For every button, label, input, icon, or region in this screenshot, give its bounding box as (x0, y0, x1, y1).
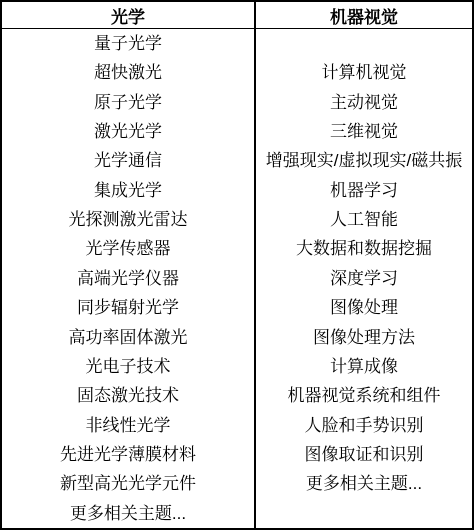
list-item: 三维视觉 (330, 117, 398, 146)
list-item: 计算机视觉 (322, 58, 407, 87)
list-item: 图像取证和识别 (305, 440, 424, 469)
list-item: 光学传感器 (86, 234, 171, 263)
list-item: 量子光学 (94, 29, 162, 58)
list-item: 集成光学 (94, 176, 162, 205)
column-header-optics: 光学 (2, 2, 256, 28)
list-item: 固态激光技术 (77, 381, 179, 410)
list-item: 人脸和手势识别 (305, 411, 424, 440)
list-item: 高功率固体激光 (69, 323, 188, 352)
list-item: 光探测激光雷达 (69, 205, 188, 234)
list-item: 更多相关主题... (306, 469, 422, 498)
list-item: 高端光学仪器 (77, 264, 179, 293)
list-item: 更多相关主题... (70, 499, 186, 528)
topics-table: 光学 机器视觉 量子光学超快激光原子光学激光光学光学通信集成光学光探测激光雷达光… (0, 0, 474, 530)
list-item: 超快激光 (94, 58, 162, 87)
optics-topics-list: 量子光学超快激光原子光学激光光学光学通信集成光学光探测激光雷达光学传感器高端光学… (2, 29, 256, 528)
list-item: 机器学习 (330, 176, 398, 205)
list-item: 同步辐射光学 (77, 293, 179, 322)
table-body-row: 量子光学超快激光原子光学激光光学光学通信集成光学光探测激光雷达光学传感器高端光学… (2, 29, 472, 528)
list-item: 计算成像 (330, 352, 398, 381)
list-item: 深度学习 (330, 264, 398, 293)
list-item: 图像处理方法 (313, 323, 415, 352)
list-item: 新型高光光学元件 (60, 469, 196, 498)
machine-vision-topics-list: 计算机视觉主动视觉三维视觉增强现实/虚拟现实/磁共振机器学习人工智能大数据和数据… (256, 29, 472, 528)
list-item: 大数据和数据挖掘 (296, 234, 432, 263)
list-item: 非线性光学 (86, 411, 171, 440)
list-item: 原子光学 (94, 88, 162, 117)
list-item: 图像处理 (330, 293, 398, 322)
list-item: 增强现实/虚拟现实/磁共振 (266, 146, 462, 175)
list-item: 光电子技术 (86, 352, 171, 381)
list-item: 光学通信 (94, 146, 162, 175)
list-item: 机器视觉系统和组件 (288, 381, 441, 410)
list-item: 主动视觉 (330, 88, 398, 117)
column-header-machine-vision: 机器视觉 (256, 2, 472, 28)
list-item: 激光光学 (94, 117, 162, 146)
table-header-row: 光学 机器视觉 (2, 2, 472, 29)
list-item: 先进光学薄膜材料 (60, 440, 196, 469)
list-item: 人工智能 (330, 205, 398, 234)
